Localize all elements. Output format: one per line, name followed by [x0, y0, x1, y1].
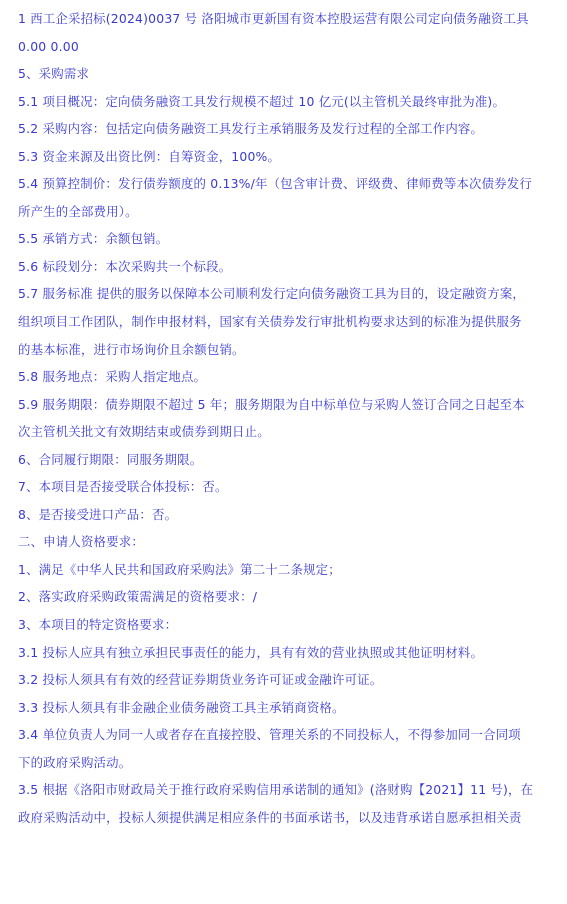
qualification-3-heading: 3、本项目的特定资格要求：: [18, 611, 563, 639]
qualification-3-5-continued: 政府采购活动中，投标人须提供满足相应条件的书面承诺书，以及违背承诺自愿承担相关责: [18, 804, 563, 832]
amount-line: 0.00 0.00: [18, 33, 563, 61]
item-5-2-procurement-content: 5.2 采购内容：包括定向债务融资工具发行主承销服务及发行过程的全部工作内容。: [18, 115, 563, 143]
item-5-4-budget-control-price: 5.4 预算控制价：发行债券额度的 0.13%/年（包含审计费、评级费、律师费等…: [18, 170, 563, 198]
item-6-contract-term: 6、合同履行期限：同服务期限。: [18, 446, 563, 474]
item-5-4-continued: 所产生的全部费用）。: [18, 198, 563, 226]
document-body: 1 西工企采招标(2024)0037 号 洛阳城市更新国有资本控股运营有限公司定…: [18, 5, 563, 831]
item-5-7-continued-2: 的基本标准，进行市场询价且余额包销。: [18, 336, 563, 364]
section-heading-applicant-qualifications: 二、申请人资格要求：: [18, 528, 563, 556]
qualification-3-4-continued: 下的政府采购活动。: [18, 749, 563, 777]
qualification-3-3: 3.3 投标人须具有非金融企业债务融资工具主承销商资格。: [18, 694, 563, 722]
item-5-7-continued-1: 组织项目工作团队，制作申报材料，国家有关债券发行审批机构要求达到的标准为提供服务: [18, 308, 563, 336]
item-5-5-underwriting-method: 5.5 承销方式：余额包销。: [18, 225, 563, 253]
item-5-1-project-overview: 5.1 项目概况：定向债务融资工具发行规模不超过 10 亿元(以主管机关最终审批…: [18, 88, 563, 116]
qualification-3-5: 3.5 根据《洛阳市财政局关于推行政府采购信用承诺制的通知》(洛财购【2021】…: [18, 776, 563, 804]
item-5-7-service-standard: 5.7 服务标准 提供的服务以保障本公司顺利发行定向债务融资工具为目的，设定融资…: [18, 280, 563, 308]
qualification-3-2: 3.2 投标人须具有有效的经营证券期货业务许可证或金融许可证。: [18, 666, 563, 694]
qualification-3-4: 3.4 单位负责人为同一人或者存在直接控股、管理关系的不同投标人，不得参加同一合…: [18, 721, 563, 749]
qualification-1: 1、满足《中华人民共和国政府采购法》第二十二条规定；: [18, 556, 563, 584]
item-5-3-funding-source: 5.3 资金来源及出资比例：自筹资金，100%。: [18, 143, 563, 171]
item-8-imported-products: 8、是否接受进口产品：否。: [18, 501, 563, 529]
qualification-3-1: 3.1 投标人应具有独立承担民事责任的能力，具有有效的营业执照或其他证明材料。: [18, 639, 563, 667]
tender-title-line: 1 西工企采招标(2024)0037 号 洛阳城市更新国有资本控股运营有限公司定…: [18, 5, 563, 33]
item-5-9-service-term: 5.9 服务期限：债券期限不超过 5 年；服务期限为自中标单位与采购人签订合同之…: [18, 391, 563, 419]
item-5-6-lot-division: 5.6 标段划分：本次采购共一个标段。: [18, 253, 563, 281]
item-5-8-service-location: 5.8 服务地点：采购人指定地点。: [18, 363, 563, 391]
item-5-9-continued: 次主管机关批文有效期结束或债券到期日止。: [18, 418, 563, 446]
section-heading-procurement-needs: 5、采购需求: [18, 60, 563, 88]
qualification-2: 2、落实政府采购政策需满足的资格要求：/: [18, 583, 563, 611]
item-7-consortium-bidding: 7、本项目是否接受联合体投标：否。: [18, 473, 563, 501]
